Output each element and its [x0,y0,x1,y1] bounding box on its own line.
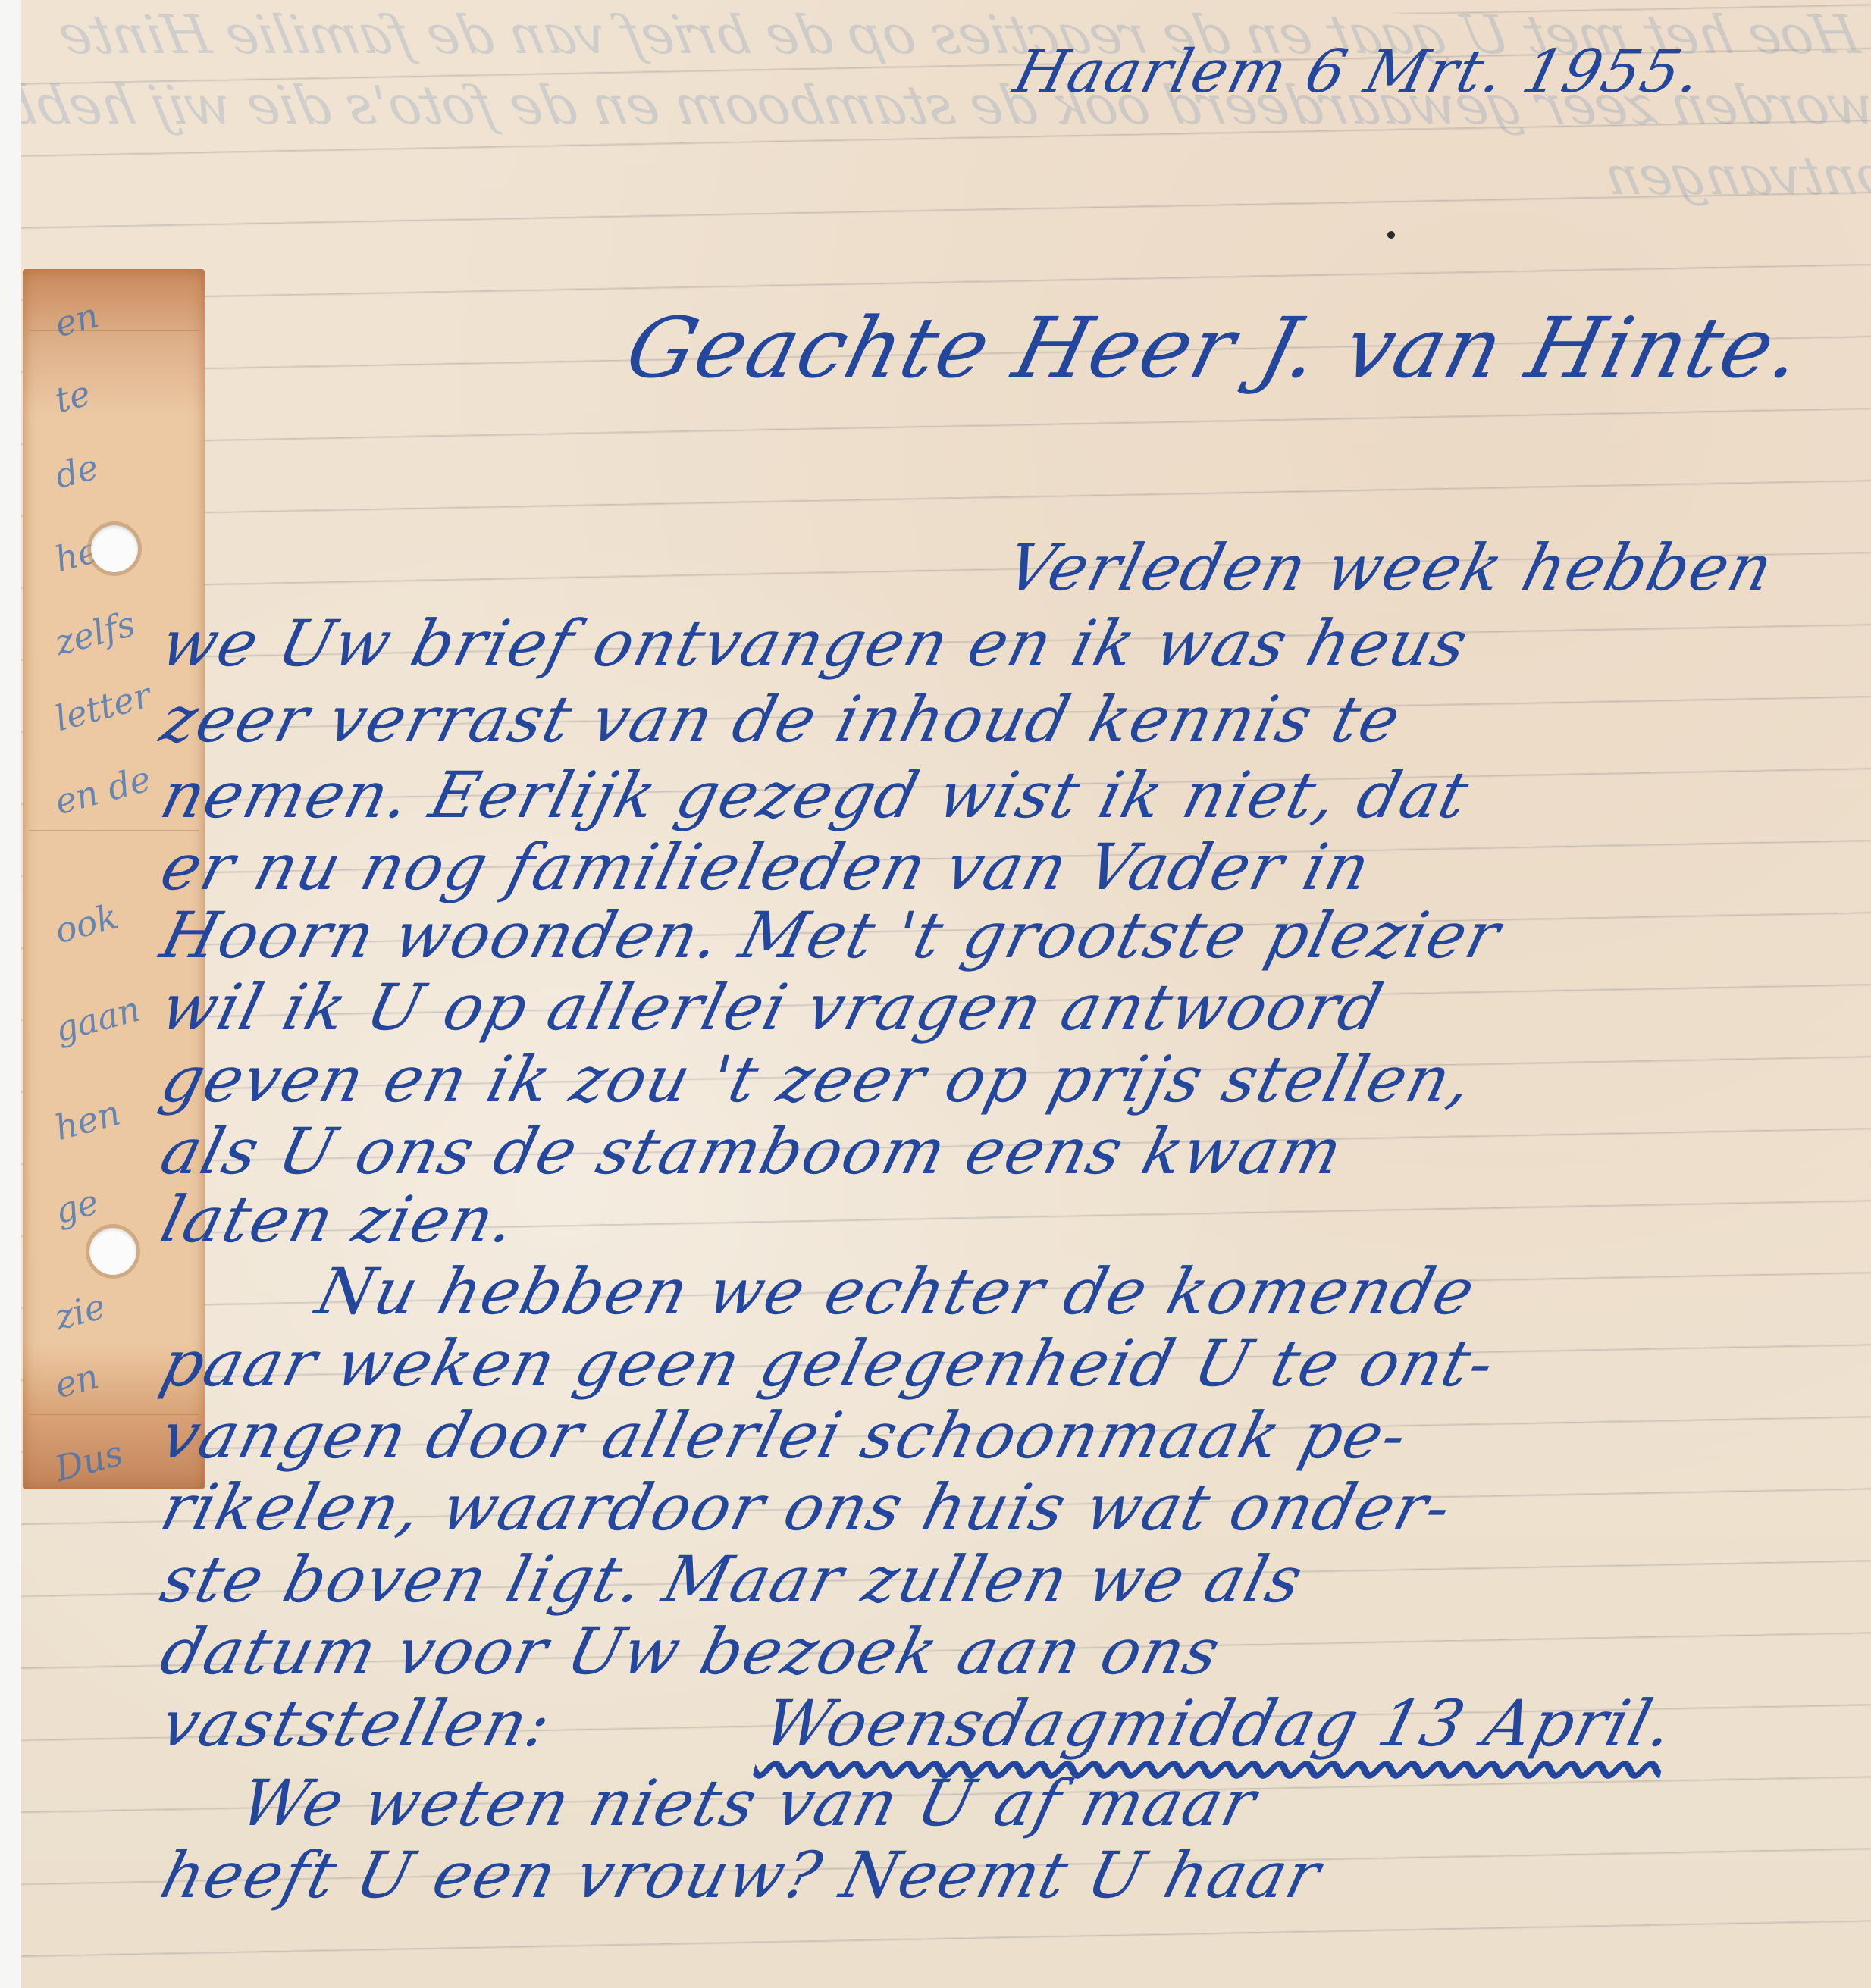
scan-margin [0,0,21,1988]
letter-line: zeer verrast van de inhoud kennis te [154,682,1409,756]
tape-fragment: te [51,340,215,421]
letter-line: Verleden week hebben [999,531,1782,605]
letter-line: datum voor Uw bezoek aan ons [154,1614,1229,1689]
letter-line: Nu hebben we echter de komende [309,1254,1484,1329]
letter-line: ste boven ligt. Maar zullen we als [154,1542,1312,1617]
letter-line: als U ons de stamboom eens kwam [154,1114,1351,1188]
tape-fragment: en [51,265,215,346]
letter-line: laten zien. [154,1182,525,1257]
salutation: Geachte Heer J. van Hinte. [617,299,1813,396]
letter-line: Hoorn woonden. Met 't grootste plezier [154,898,1509,972]
letter-line: geven en ik zou 't zeer op prijs stellen… [154,1042,1481,1116]
ink-spot [1387,231,1395,239]
letter-line: nemen. Eerlijk gezegd wist ik niet, dat [154,758,1478,832]
letter-line: paar weken geen gelegenheid U te ont- [154,1326,1503,1401]
tape-fragment: de [51,416,215,497]
letter-line: we Uw brief ontvangen en ik was heus [154,606,1477,681]
letter-line: er nu nog familieleden van Vader in [154,830,1379,904]
letter-line: vangen door allerlei schoonmaak pe- [154,1398,1416,1473]
letter-line: heeft U een vrouw? Neemt U haar [154,1838,1329,1912]
letter-line: We weten niets van U af maar [233,1766,1265,1840]
letter-line: wil ik U op allerlei vragen antwoord [154,970,1391,1044]
punch-hole [89,1228,136,1275]
underlined-visit-date: Woensdagmiddag 13 April. [757,1686,1682,1761]
letter-page: Hoe het met U gaat en de reacties op de … [0,0,1871,1988]
punch-hole [91,525,138,572]
place-date: Haarlem 6 Mrt. 1955. [1008,38,1710,106]
letter-line: vaststellen: [154,1686,559,1761]
letter-line: rikelen, waardoor ons huis wat onder- [154,1470,1460,1545]
